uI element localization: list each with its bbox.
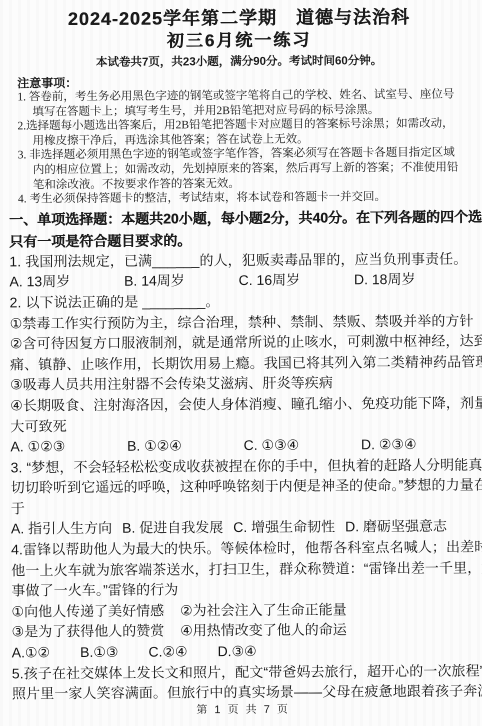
question-3-options: A. 指引人生方向 B. 促进自我发展 C. 增强生命韧性 D. 磨砺坚强意志 (11, 516, 473, 539)
option-a: A. ①②③ (10, 436, 65, 457)
exam-subtitle: 初三6月统一练习 (8, 29, 470, 53)
option-d: D. ②③④ (361, 434, 417, 455)
question-2-statement: 痛、镇静、止咳作用，长期饮用易上瘾。我国已将其列入第二类精神药品管理 (10, 351, 472, 374)
question-2-statement: 大可致死 (10, 413, 472, 436)
exam-paper-page: 2024-2025学年第二学期 道德与法治科 初三6月统一练习 本试卷共7页，共… (0, 0, 482, 726)
option-b: B. 14周岁 (124, 271, 185, 292)
question-4-statements-row: ①向他人传递了美好情感 ②为社会注入了生命正能量 (11, 598, 473, 621)
question-4-text: 他一上火车就为旅客端茶送水，打扫卫生，群众称赞道：“雷锋出差一千里，好 (11, 557, 473, 580)
question-2-options: A. ①②③ B. ①②④ C. ①③④ D. ②③④ (10, 434, 472, 457)
question-2-statement: ④长期吸食、注射海洛因，会使人身体消瘦、瞳孔缩小、免疫功能下降，剂量过 (10, 392, 472, 415)
question-5-text: 照片里一家人笑容满面。但旅行中的真实场景——父母在疲惫地跟着孩子奔波赶 (12, 681, 474, 704)
notice-block: 注意事项： 1. 答卷前，考生务必用黑色字迹的钢笔或签字笔将自己的学校、姓名、试… (8, 74, 471, 208)
option-d: D.③④ (217, 641, 256, 662)
question-4-statement: ④用热情改变了他人的命运 (180, 620, 347, 642)
option-d: D. 磨砺坚强意志 (345, 516, 447, 537)
question-4-statements-row: ③是为了获得他人的赞赏 ④用热情改变了他人的命运 (12, 619, 474, 642)
header: 2024-2025学年第二学期 道德与法治科 初三6月统一练习 本试卷共7页，共… (8, 7, 470, 72)
question-4-statement: ②为社会注入了生命正能量 (180, 599, 347, 621)
question-4-statement: ①向他人传递了美好情感 (11, 600, 164, 622)
question-4-text: 事做了一火车。”雷锋的行为 (11, 578, 473, 601)
notice-line: 4. 考生必须保持答题卡的整洁，考试结束，将本试卷和答题卡一并交回。 (18, 190, 467, 207)
question-4-text: 4.雷锋以帮助他人为最大的快乐。等候体检时，他帮各科室点名喊人；出差时， (11, 537, 473, 560)
notice-line: 内的相应位置上；如需改动，先划掉原来的答案，然后再写上新的答案；不准使用铅 (18, 161, 467, 178)
question-4-options: A.①② B.①③ C.②④ D.③④ (12, 640, 474, 663)
option-c: C. ①③④ (244, 435, 300, 456)
question-2-statement: ②含可待因复方口服液制剂，就是通常所说的止咳水，可刺激中枢神经，达到镇 (10, 331, 472, 354)
option-d: D. 18周岁 (354, 269, 416, 290)
page-title: 2024-2025学年第二学期 道德与法治科 (8, 7, 470, 30)
option-b: B. 促进自我发展 (122, 518, 223, 539)
option-b: B.①③ (80, 642, 118, 663)
question-4-statement: ③是为了获得他人的赞赏 (12, 621, 165, 643)
notice-line: 2.选择题每小题选出答案后，用2B铅笔把答题卡对应题目的答案标号涂黑；如需改动， (17, 117, 466, 134)
section-header-line: 一、单项选择题：本题共20小题，每小题2分，共40分。在下列各题的四个选项中， (9, 207, 471, 229)
question-3-text: 切切聆听到它遥远的呼唤，这种呼唤铭刻于内便是神圣的使命。”梦想的力量在 (11, 475, 473, 498)
exam-meta: 本试卷共7页，共23小题，满分90分。考试时间60分钟。 (8, 54, 470, 72)
option-c: C.②④ (148, 641, 187, 662)
notice-line: 1. 答卷前，考生务必用黑色字迹的钢笔或签字笔将自己的学校、姓名、试室号、座位号 (17, 88, 466, 105)
question-1-options: A. 13周岁 B. 14周岁 C. 16周岁 D. 18周岁 (9, 269, 471, 292)
option-c: C. 16周岁 (239, 270, 301, 291)
question-3-text: 于 (11, 495, 473, 518)
option-a: A. 13周岁 (9, 271, 70, 292)
option-a: A.①② (12, 642, 50, 663)
option-c: C. 增强生命韧性 (233, 517, 335, 538)
scanned-content: 2024-2025学年第二学期 道德与法治科 初三6月统一练习 本试卷共7页，共… (8, 7, 474, 724)
question-2-statement: ①禁毒工作实行预防为主，综合治理，禁种、禁制、禁贩、禁吸并举的方针 (10, 310, 472, 333)
option-b: B. ①②④ (127, 435, 182, 456)
question-2-statement: ③吸毒人员共用注射器不会传染艾滋病、肝炎等疾病 (10, 372, 472, 395)
question-3-text: 3. “梦想，不会轻轻松松变成收获被捏在你的手中，但执着的赶路人分明能真真 (11, 454, 473, 477)
question-5-text: 5.孩子在社交媒体上发长文和照片，配文“带爸妈去旅行，超开心的一次旅程”， (12, 660, 474, 683)
question-2-text: 2. 以下说法正确的是 ________。 (10, 290, 472, 313)
page-footer: 第 1 页 共 7 页 (12, 701, 474, 723)
option-a: A. 指引人生方向 (11, 518, 112, 539)
question-1-text: 1. 我国刑法规定，已满______的人，犯贩卖毒品罪的，应当负刑事责任。 (9, 248, 471, 271)
